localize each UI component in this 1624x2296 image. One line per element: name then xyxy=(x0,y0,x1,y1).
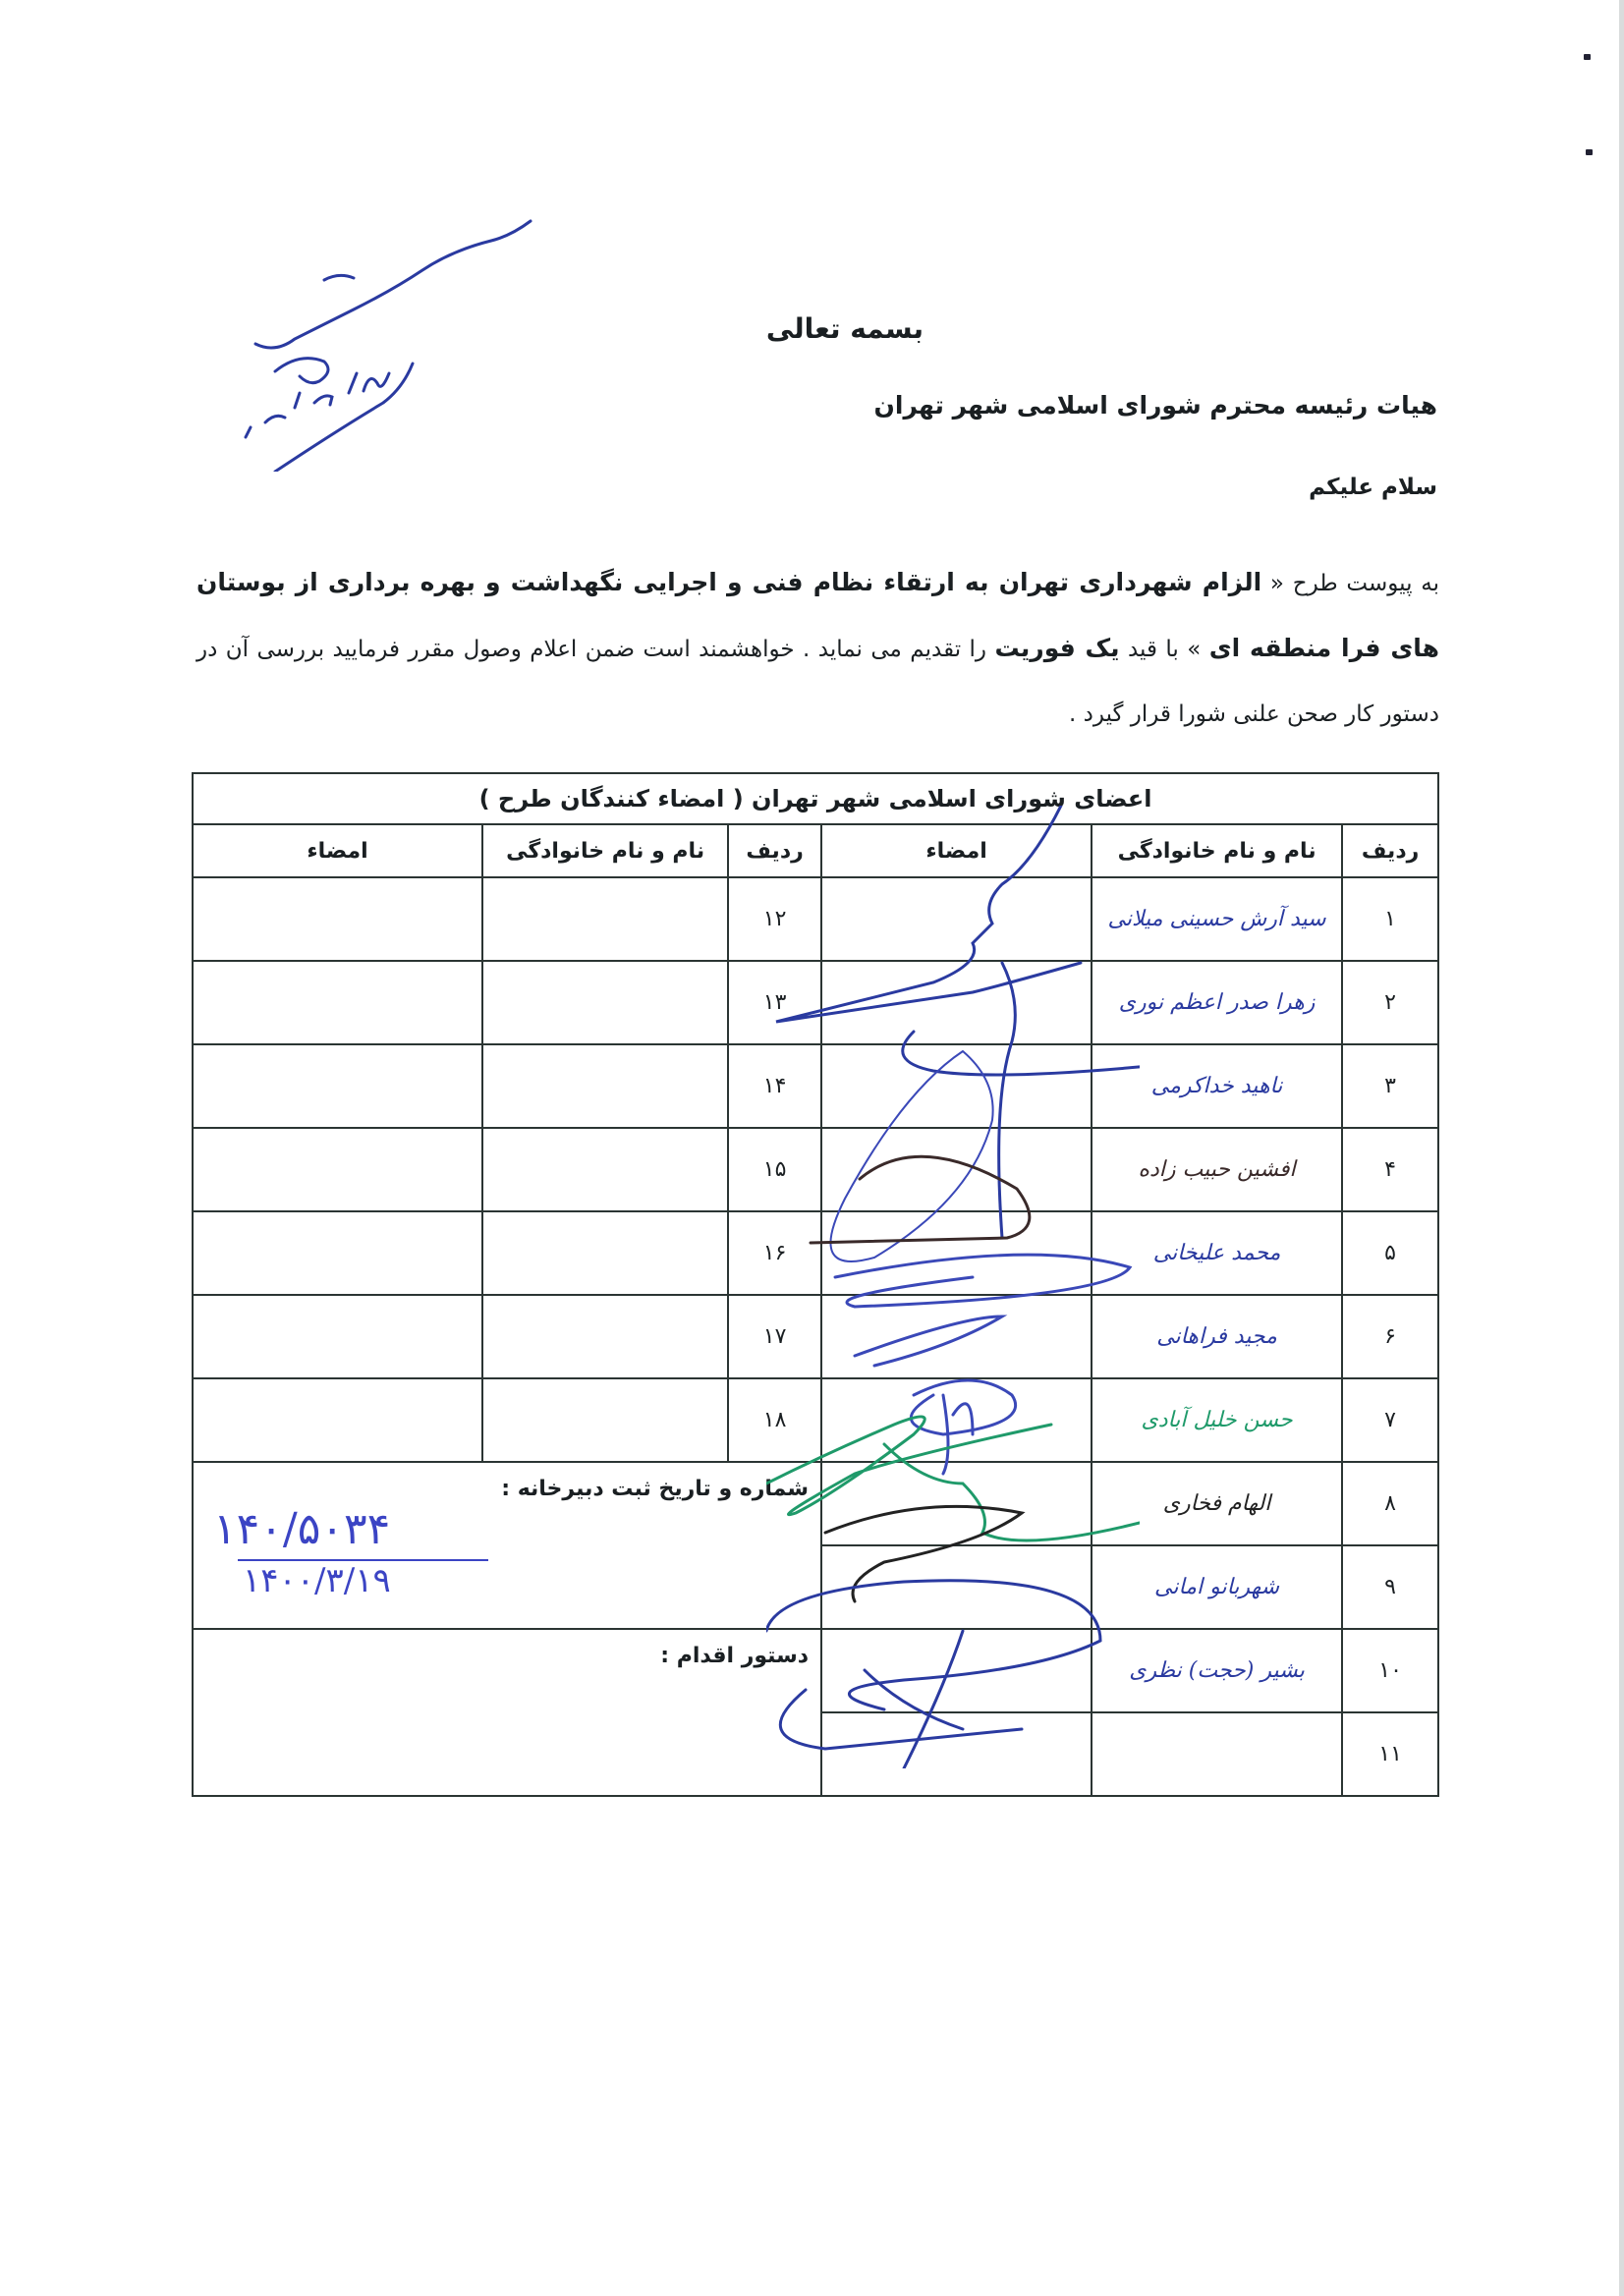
signature-cell xyxy=(821,961,1092,1044)
member-name: زهرا صدر اعظم نوری xyxy=(1092,961,1342,1044)
member-name: بشیر (حجت) نظری xyxy=(1092,1629,1342,1712)
row-number: ۱۶ xyxy=(728,1211,821,1295)
table-row: ۵ محمد علیخانی ۱۶ xyxy=(193,1211,1438,1295)
header-name-left: نام و نام خانوادگی xyxy=(482,824,728,877)
row-number: ۹ xyxy=(1342,1545,1438,1629)
row-number: ۱۵ xyxy=(728,1128,821,1211)
signature-cell xyxy=(821,1211,1092,1295)
signature-cell xyxy=(193,1211,482,1295)
signature-cell xyxy=(821,1462,1092,1545)
table-row: ۴ افشین حبیب زاده ۱۵ xyxy=(193,1128,1438,1211)
member-name: افشین حبیب زاده xyxy=(1092,1128,1342,1211)
row-number: ۵ xyxy=(1342,1211,1438,1295)
signature-cell xyxy=(193,877,482,961)
member-name xyxy=(482,961,728,1044)
margin-note xyxy=(236,196,570,472)
row-number: ۱۷ xyxy=(728,1295,821,1378)
table-row: ۶ مجید فراهانی ۱۷ xyxy=(193,1295,1438,1378)
row-number: ۸ xyxy=(1342,1462,1438,1545)
member-name: الهام فخاری xyxy=(1092,1462,1342,1545)
row-number: ۳ xyxy=(1342,1044,1438,1128)
row-number: ۱۴ xyxy=(728,1044,821,1128)
member-name: مجید فراهانی xyxy=(1092,1295,1342,1378)
signature-cell xyxy=(821,1629,1092,1712)
letter-body: به پیوست طرح « الزام شهرداری تهران به ار… xyxy=(196,550,1439,747)
body-intro: به پیوست طرح « xyxy=(1261,571,1439,596)
table-row: ۷ حسن خلیل آبادی ۱۸ xyxy=(193,1378,1438,1462)
table-row: ۸ الهام فخاری شماره و تاریخ ثبت دبیرخانه… xyxy=(193,1462,1438,1545)
header-name-right: نام و نام خانوادگی xyxy=(1092,824,1342,877)
row-number: ۱۸ xyxy=(728,1378,821,1462)
member-name: شهربانو امانی xyxy=(1092,1545,1342,1629)
member-name: محمد علیخانی xyxy=(1092,1211,1342,1295)
registration-label: شماره و تاریخ ثبت دبیرخانه : xyxy=(501,1477,809,1501)
table-row: ۳ ناهید خداکرمی ۱۴ xyxy=(193,1044,1438,1128)
action-cell: دستور اقدام : xyxy=(193,1629,821,1796)
member-name xyxy=(482,1128,728,1211)
signature-cell xyxy=(821,877,1092,961)
header-signature-right: امضاء xyxy=(821,824,1092,877)
urgency-label: یک فوریت xyxy=(994,634,1119,662)
row-number: ۷ xyxy=(1342,1378,1438,1462)
row-number: ۱۲ xyxy=(728,877,821,961)
scan-artifact xyxy=(1586,149,1593,155)
signature-cell xyxy=(821,1128,1092,1211)
signature-cell xyxy=(193,1295,482,1378)
member-name xyxy=(1092,1712,1342,1796)
table-row: ۱ سید آرش حسینی میلانی ۱۲ xyxy=(193,877,1438,961)
signature-cell xyxy=(193,1128,482,1211)
header-row-no-left: ردیف xyxy=(728,824,821,877)
addressee-heading: هیات رئیسه محترم شورای اسلامی شهر تهران xyxy=(874,391,1437,420)
member-name: ناهید خداکرمی xyxy=(1092,1044,1342,1128)
handwritten-note-icon xyxy=(236,196,570,472)
scan-artifact xyxy=(1584,54,1591,60)
action-label: دستور اقدام : xyxy=(660,1644,809,1668)
signature-cell xyxy=(821,1712,1092,1796)
signatories-table: اعضای شورای اسلامی شهر تهران ( امضاء کنن… xyxy=(192,772,1439,1797)
row-number: ۲ xyxy=(1342,961,1438,1044)
registration-number: ۱۴۰/۵۰۳۴ xyxy=(213,1504,390,1554)
row-number: ۱۳ xyxy=(728,961,821,1044)
member-name xyxy=(482,877,728,961)
table-row: ۱۰ بشیر (حجت) نظری دستور اقدام : xyxy=(193,1629,1438,1712)
row-number: ۶ xyxy=(1342,1295,1438,1378)
signature-cell xyxy=(821,1378,1092,1462)
member-name xyxy=(482,1044,728,1128)
signature-cell xyxy=(193,961,482,1044)
signature-cell xyxy=(821,1044,1092,1128)
member-name: حسن خلیل آبادی xyxy=(1092,1378,1342,1462)
header-signature-left: امضاء xyxy=(193,824,482,877)
registration-cell: شماره و تاریخ ثبت دبیرخانه : ۱۴۰/۵۰۳۴ ۱۴… xyxy=(193,1462,821,1629)
body-qualifier: » با قید xyxy=(1120,637,1209,662)
member-name xyxy=(482,1295,728,1378)
table-row: ۲ زهرا صدر اعظم نوری ۱۳ xyxy=(193,961,1438,1044)
greeting: سلام علیکم xyxy=(1309,475,1437,500)
signature-cell xyxy=(193,1044,482,1128)
table-title: اعضای شورای اسلامی شهر تهران ( امضاء کنن… xyxy=(193,773,1438,824)
header-row-no-right: ردیف xyxy=(1342,824,1438,877)
row-number: ۱ xyxy=(1342,877,1438,961)
basmala-heading: بسمه تعالی xyxy=(688,312,924,345)
member-name: سید آرش حسینی میلانی xyxy=(1092,877,1342,961)
signature-cell xyxy=(193,1378,482,1462)
row-number: ۴ xyxy=(1342,1128,1438,1211)
member-name xyxy=(482,1378,728,1462)
signature-cell xyxy=(821,1295,1092,1378)
row-number: ۱۱ xyxy=(1342,1712,1438,1796)
registration-date: ۱۴۰۰/۳/۱۹ xyxy=(243,1561,391,1600)
row-number: ۱۰ xyxy=(1342,1629,1438,1712)
signature-cell xyxy=(821,1545,1092,1629)
scan-edge xyxy=(1619,0,1624,2296)
member-name xyxy=(482,1211,728,1295)
